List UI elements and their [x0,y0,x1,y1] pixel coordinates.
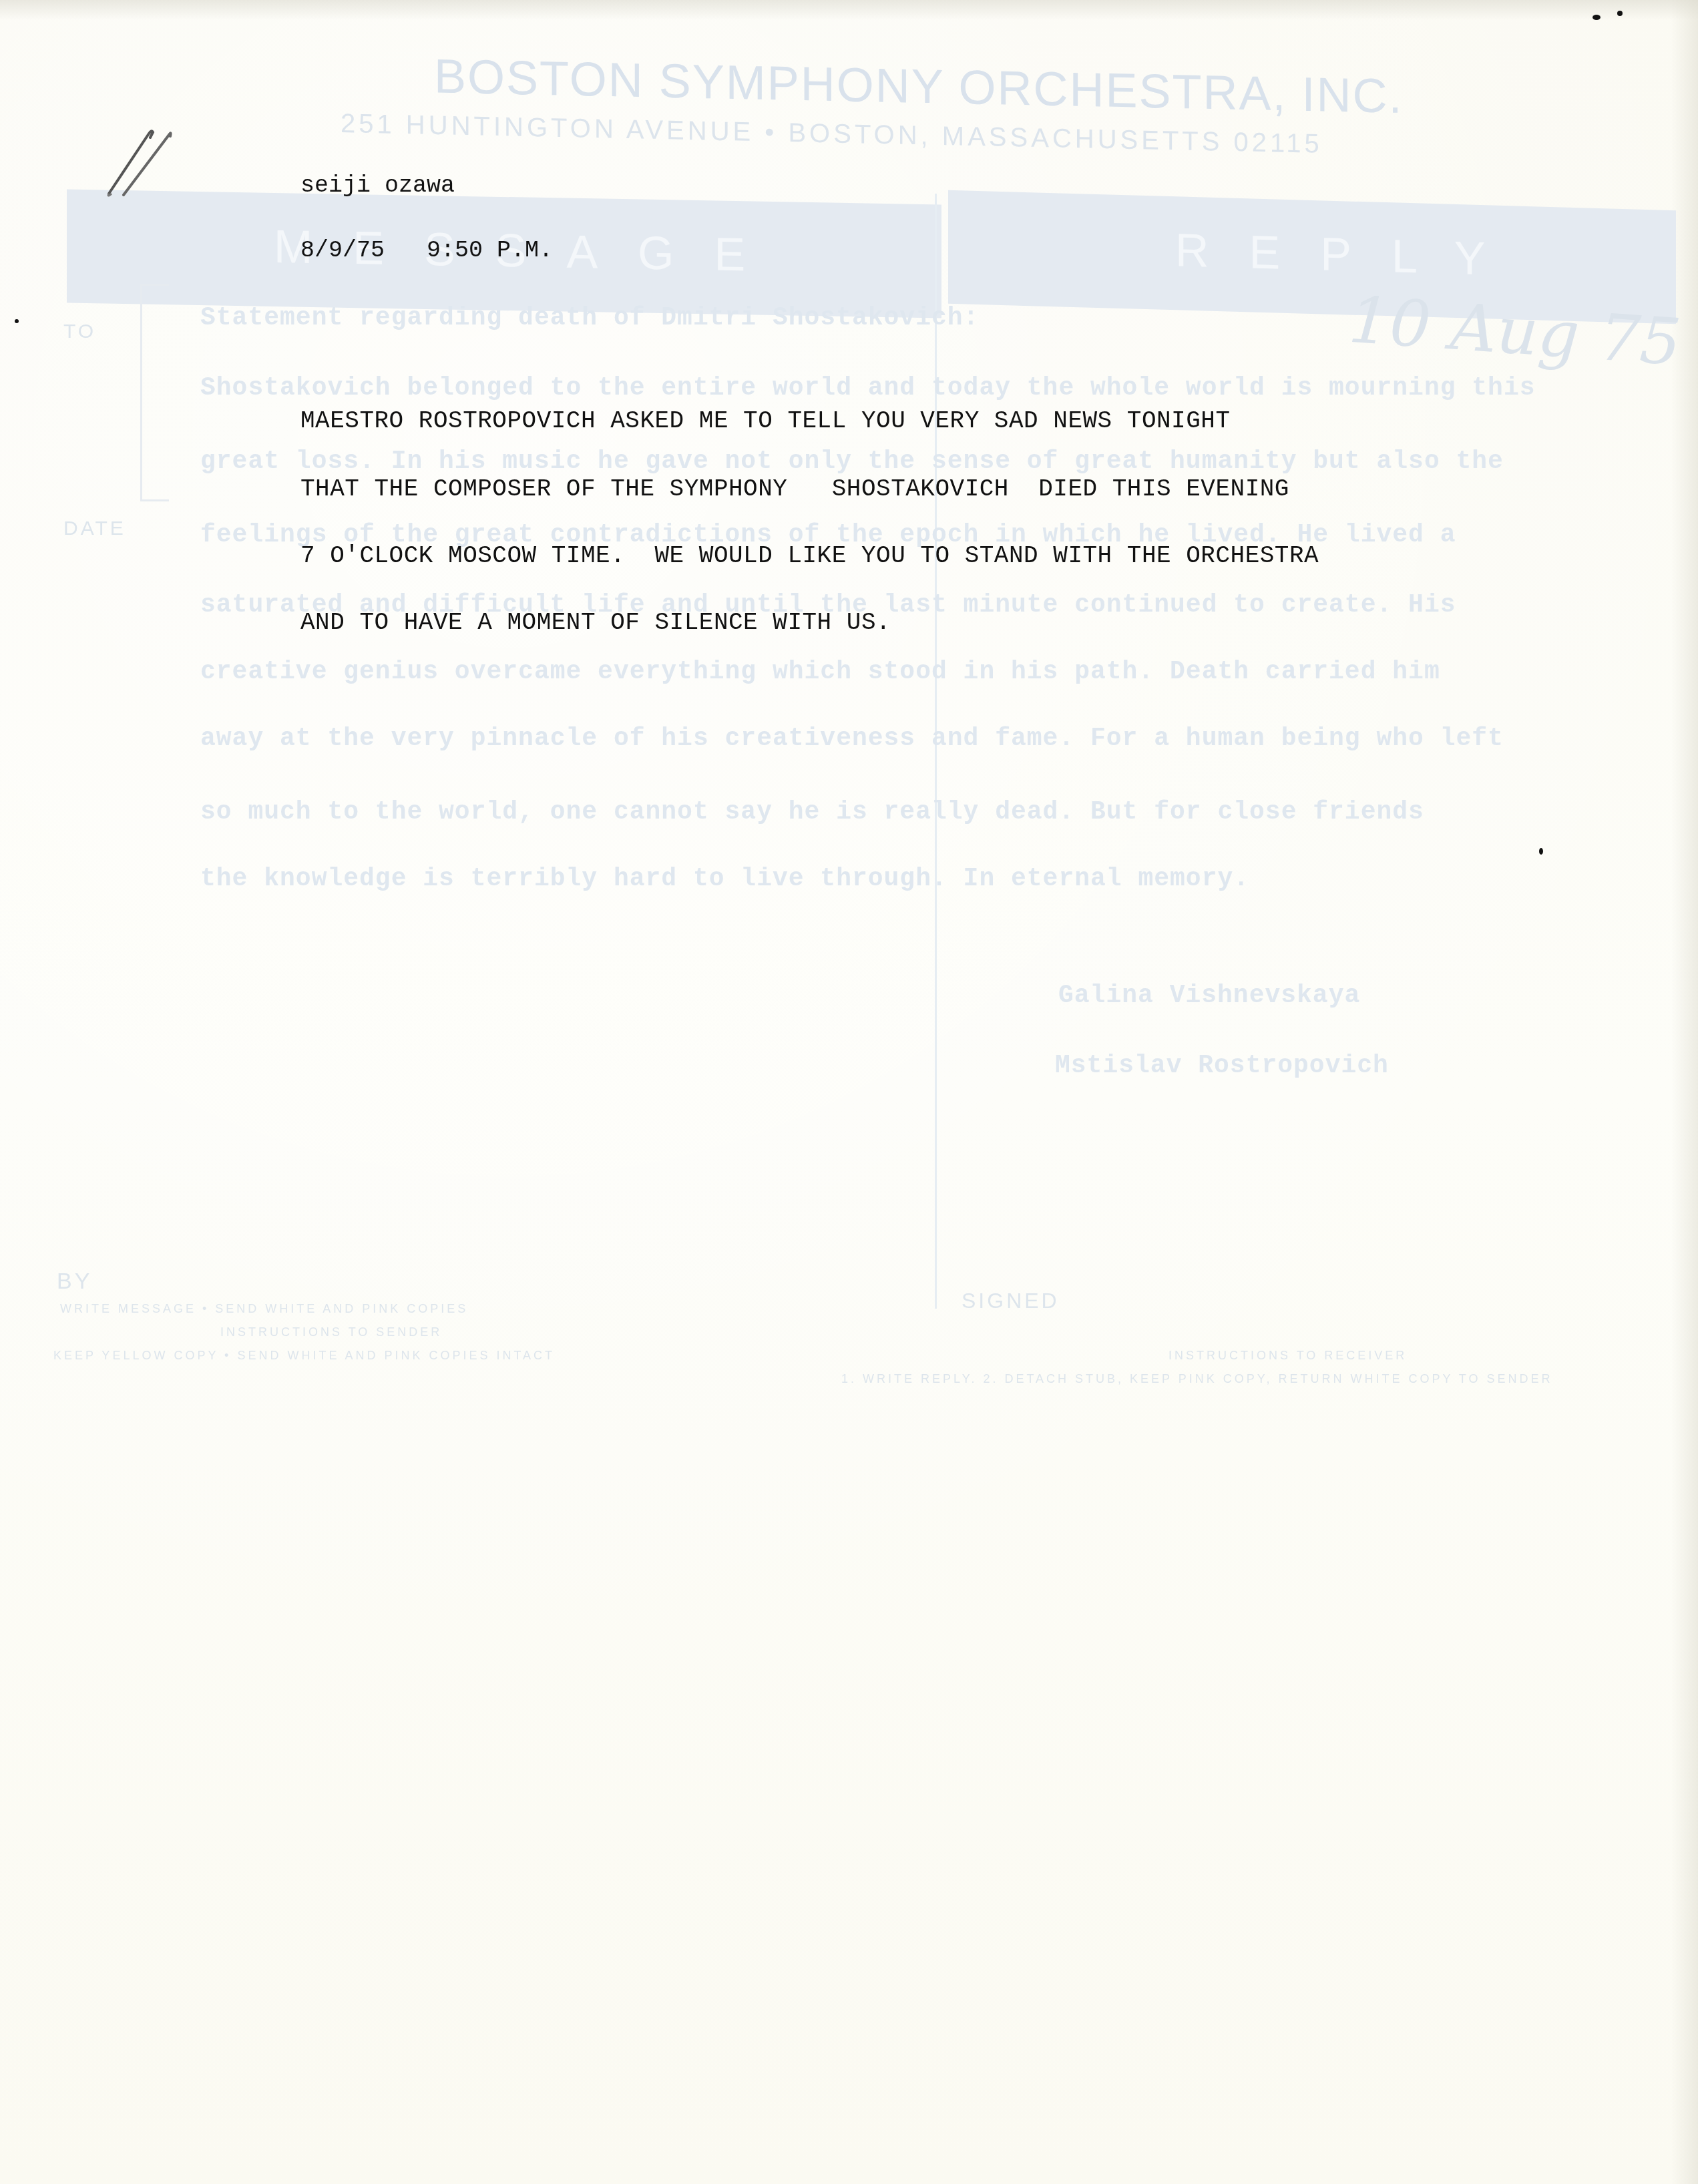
to-field-bracket [140,284,169,501]
message-line: THAT THE COMPOSER OF THE SYMPHONY SHOSTA… [300,475,1289,503]
bleed-statement-line: great loss. In his music he gave not onl… [200,447,1504,476]
bleed-statement-line: so much to the world, one cannot say he … [200,798,1424,827]
signed-label: SIGNED [962,1289,1060,1313]
bleed-statement-line: Shostakovich belonged to the entire worl… [200,374,1536,403]
sender-instruction-2: KEEP YELLOW COPY • SEND WHITE AND PINK C… [53,1349,555,1363]
scan-speck [1593,15,1601,20]
date-label: DATE [63,517,126,540]
message-time: 9:50 P.M. [427,237,553,264]
bleed-signatory: Galina Vishnevskaya [1058,981,1360,1010]
receiver-instruction-1: 1. WRITE REPLY. 2. DETACH STUB, KEEP PIN… [841,1372,1553,1386]
bleed-signatory: Mstislav Rostropovich [1055,1052,1389,1080]
message-date-time: 8/9/75 9:50 P.M. [300,237,553,264]
to-label: TO [63,320,96,343]
recipient-name: seiji ozawa [300,172,455,199]
message-line: AND TO HAVE A MOMENT OF SILENCE WITH US. [300,609,891,636]
scan-speck [1539,848,1543,855]
bleed-statement-line: the knowledge is terribly hard to live t… [200,865,1249,893]
message-line: 7 O'CLOCK MOSCOW TIME. WE WOULD LIKE YOU… [300,542,1319,570]
paperclip-icon [103,127,217,200]
reply-label: REPLY [1175,223,1525,286]
message-date: 8/9/75 [300,237,385,264]
scan-speck [15,319,19,323]
message-line: MAESTRO ROSTROPOVICH ASKED ME TO TELL YO… [300,407,1231,435]
bleed-statement-title: Statement regarding death of Dmitri Shos… [200,304,979,333]
receiver-instruction-heading: INSTRUCTIONS TO RECEIVER [1169,1349,1407,1363]
bleed-statement-line: away at the very pinnacle of his creativ… [200,724,1504,753]
sender-instruction-1: WRITE MESSAGE • SEND WHITE AND PINK COPI… [60,1302,468,1316]
scan-speck [1617,11,1623,16]
scan-edge-top [0,0,1698,20]
by-label: BY [57,1269,92,1295]
bleed-statement-line: creative genius overcame everything whic… [200,658,1440,686]
sender-instruction-heading: INSTRUCTIONS TO SENDER [220,1325,442,1339]
